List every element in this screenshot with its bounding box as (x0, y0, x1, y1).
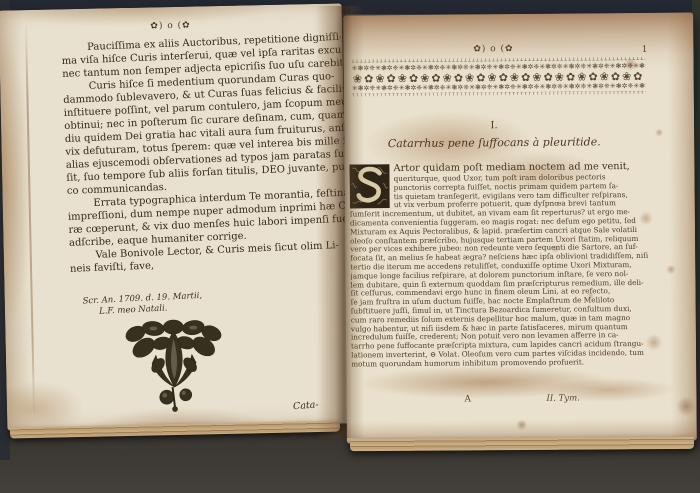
gathering-signature: A (464, 394, 471, 404)
right-page-header-ornament: ✿) o (✿ (343, 43, 643, 56)
colophon-date: Scr. An. 1709. d. 19. Martii, L.F. meo N… (82, 291, 203, 319)
book-photo: ✿) o (✿ Pauciſſima ex aliis Auctoribus, … (0, 0, 700, 493)
page-crease (25, 20, 35, 420)
left-page-text-block: Pauciſſima ex aliis Auctoribus, repetiti… (61, 31, 351, 292)
catchword: II. Tym. (546, 393, 579, 403)
drop-cap-initial-icon (349, 164, 389, 208)
section-number: I. (344, 119, 644, 133)
text-line: motum quorundam humorum inhibitum promov… (351, 358, 651, 369)
left-page: ✿) o (✿ Pauciſſima ex aliis Auctoribus, … (0, 3, 350, 430)
right-page-text-block: Artor quidam poſt mediam noctem ad me ve… (349, 161, 651, 376)
headpiece-ornament-band-icon: ⊥⊥⊥⊥⊥⊥⊥⊥⊥⊥⊥⊥⊥⊥⊥⊥⊥⊥⊥⊥⊥⊥⊥⊥⊥⊥⊥⊥⊥⊥⊥⊥⊥⊥⊥⊥⊥⊥⊥⊥… (352, 57, 646, 118)
body-lines: ſumſerit incrementum, ut dubitet, an viv… (350, 208, 651, 369)
chapter-title: Catarrhus pene ſuffocans à pleuritide. (344, 135, 644, 151)
floral-tailpiece-woodcut-icon (113, 318, 235, 416)
opening-lines: Artor quidam poſt mediam noctem ad me ve… (349, 161, 649, 211)
page-number: 1 (642, 45, 648, 55)
right-page-stack-edge (350, 437, 694, 451)
text-line: Artor quidam poſt mediam noctem ad me ve… (393, 161, 649, 175)
catchword: Cata- (293, 399, 319, 412)
right-page: ✿) o (✿ 1 ⊥⊥⊥⊥⊥⊥⊥⊥⊥⊥⊥⊥⊥⊥⊥⊥⊥⊥⊥⊥⊥⊥⊥⊥⊥⊥⊥⊥⊥⊥… (343, 12, 697, 443)
paragraph: Curis hiſce ſi medentium quorundam Curas… (63, 70, 347, 198)
